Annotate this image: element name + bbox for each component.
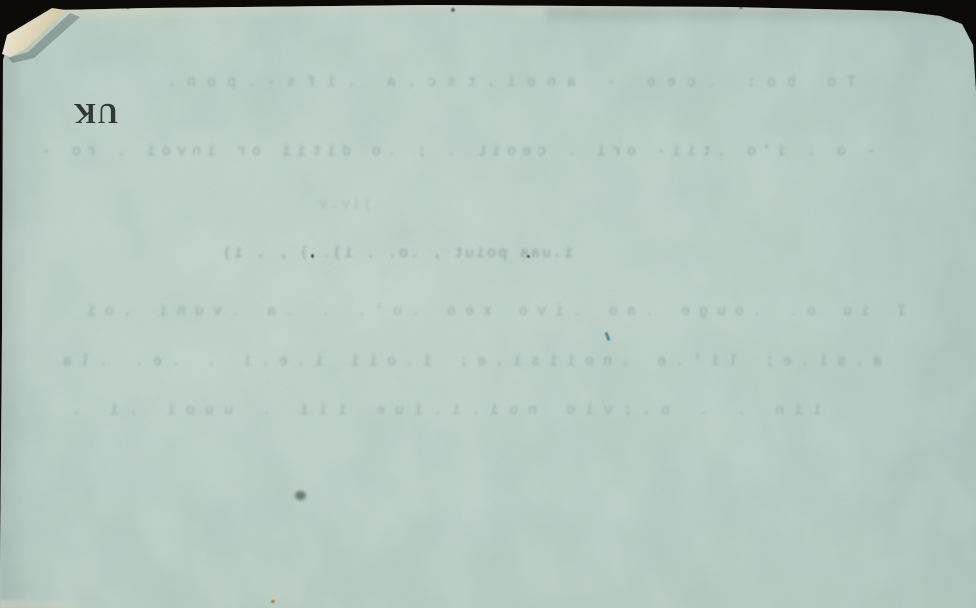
uk-stamp: UK: [64, 93, 126, 129]
edge-speck: [126, 5, 130, 9]
ghost-text-line-6: a.si.e; li'.e .noiisi.e; i.oii i.e.i . .…: [60, 351, 882, 373]
ink-smudge: [295, 491, 306, 500]
edge-speck: [739, 5, 743, 9]
ink-speck: [527, 255, 530, 258]
edge-speck: [451, 8, 455, 12]
ghost-text-line-7: iin . . o.;vio noi.i.iue iii . uuoi .i .…: [70, 400, 822, 422]
orange-speck: [271, 600, 275, 603]
card-paper: To bo: .ceo - anoi.tsc.a .ifs-.pon. - o …: [0, 0, 976, 608]
ghost-text-line-3: jiv.v: [300, 194, 372, 216]
ghost-text-line-2: - o . i'o .tii- ori . ceoiL . ; .o ditii…: [10, 141, 876, 163]
ghost-text-line-4: i.uaa poiut , .o. . i). ) , . i)]: [225, 243, 573, 265]
scanned-card: To bo: .ceo - anoi.tsc.a .ifs-.pon. - o …: [0, 0, 976, 608]
ghost-text-line-1: To bo: .ceo - anoi.tsc.a .ifs-.pon.: [88, 72, 856, 94]
ink-speck: [311, 254, 314, 258]
ghost-text-line-5: I iu o. .ouge .ao .ivo xeo .o'. . .a .vu…: [20, 301, 906, 323]
